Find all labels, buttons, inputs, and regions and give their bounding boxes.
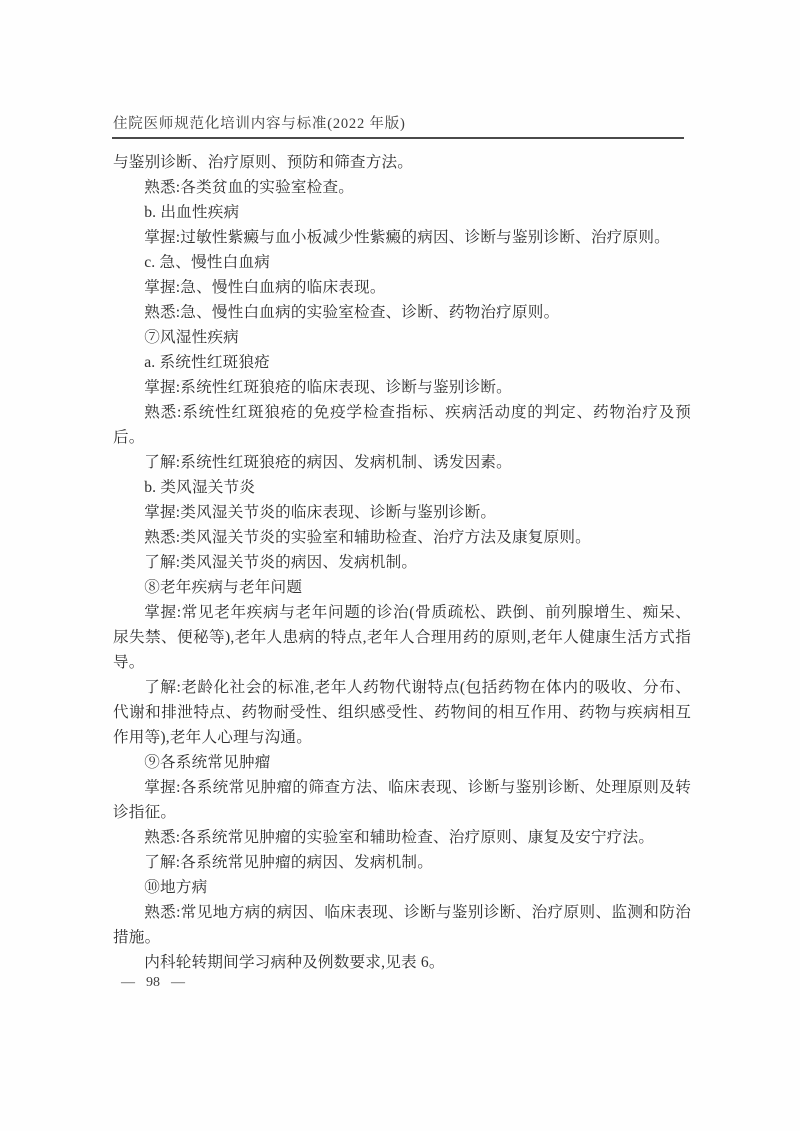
footer-dash-right: — bbox=[171, 975, 185, 991]
paragraph: c. 急、慢性白血病 bbox=[113, 250, 691, 275]
paragraph: 掌握:常见老年疾病与老年问题的诊治(骨质疏松、跌倒、前列腺增生、痴呆、尿失禁、便… bbox=[113, 600, 691, 675]
paragraph: 熟悉:类风湿关节炎的实验室和辅助检查、治疗方法及康复原则。 bbox=[113, 525, 691, 550]
header-rule bbox=[112, 137, 684, 139]
paragraph: 熟悉:急、慢性白血病的实验室检查、诊断、药物治疗原则。 bbox=[113, 300, 691, 325]
document-page: 住院医师规范化培训内容与标准(2022 年版) 与鉴别诊断、治疗原则、预防和筛查… bbox=[0, 0, 800, 1131]
paragraph: ⑦风湿性疾病 bbox=[113, 325, 691, 350]
paragraph: 内科轮转期间学习病种及例数要求,见表 6。 bbox=[113, 950, 691, 975]
paragraph: 了解:类风湿关节炎的病因、发病机制。 bbox=[113, 550, 691, 575]
paragraph: 熟悉:常见地方病的病因、临床表现、诊断与鉴别诊断、治疗原则、监测和防治措施。 bbox=[113, 900, 691, 950]
paragraph: 掌握:急、慢性白血病的临床表现。 bbox=[113, 275, 691, 300]
paragraph: b. 出血性疾病 bbox=[113, 200, 691, 225]
body-text: 与鉴别诊断、治疗原则、预防和筛查方法。熟悉:各类贫血的实验室检查。b. 出血性疾… bbox=[113, 150, 691, 975]
paragraph: ⑩地方病 bbox=[113, 875, 691, 900]
paragraph: 了解:系统性红斑狼疮的病因、发病机制、诱发因素。 bbox=[113, 450, 691, 475]
paragraph: 掌握:类风湿关节炎的临床表现、诊断与鉴别诊断。 bbox=[113, 500, 691, 525]
paragraph: b. 类风湿关节炎 bbox=[113, 475, 691, 500]
paragraph: 掌握:各系统常见肿瘤的筛查方法、临床表现、诊断与鉴别诊断、处理原则及转诊指征。 bbox=[113, 775, 691, 825]
paragraph: 了解:各系统常见肿瘤的病因、发病机制。 bbox=[113, 850, 691, 875]
paragraph: 熟悉:系统性红斑狼疮的免疫学检查指标、疾病活动度的判定、药物治疗及预后。 bbox=[113, 400, 691, 450]
running-header-title: 住院医师规范化培训内容与标准(2022 年版) bbox=[113, 112, 406, 133]
paragraph: a. 系统性红斑狼疮 bbox=[113, 350, 691, 375]
paragraph: ⑧老年疾病与老年问题 bbox=[113, 575, 691, 600]
paragraph: 熟悉:各系统常见肿瘤的实验室和辅助检查、治疗原则、康复及安宁疗法。 bbox=[113, 825, 691, 850]
page-footer: — 98 — bbox=[121, 975, 185, 991]
paragraph: 熟悉:各类贫血的实验室检查。 bbox=[113, 175, 691, 200]
paragraph: 了解:老龄化社会的标准,老年人药物代谢特点(包括药物在体内的吸收、分布、代谢和排… bbox=[113, 675, 691, 750]
paragraph: ⑨各系统常见肿瘤 bbox=[113, 750, 691, 775]
page-number: 98 bbox=[146, 975, 160, 991]
paragraph: 掌握:过敏性紫癜与血小板减少性紫癜的病因、诊断与鉴别诊断、治疗原则。 bbox=[113, 225, 691, 250]
paragraph: 掌握:系统性红斑狼疮的临床表现、诊断与鉴别诊断。 bbox=[113, 375, 691, 400]
paragraph: 与鉴别诊断、治疗原则、预防和筛查方法。 bbox=[113, 150, 691, 175]
footer-dash-left: — bbox=[121, 975, 135, 991]
